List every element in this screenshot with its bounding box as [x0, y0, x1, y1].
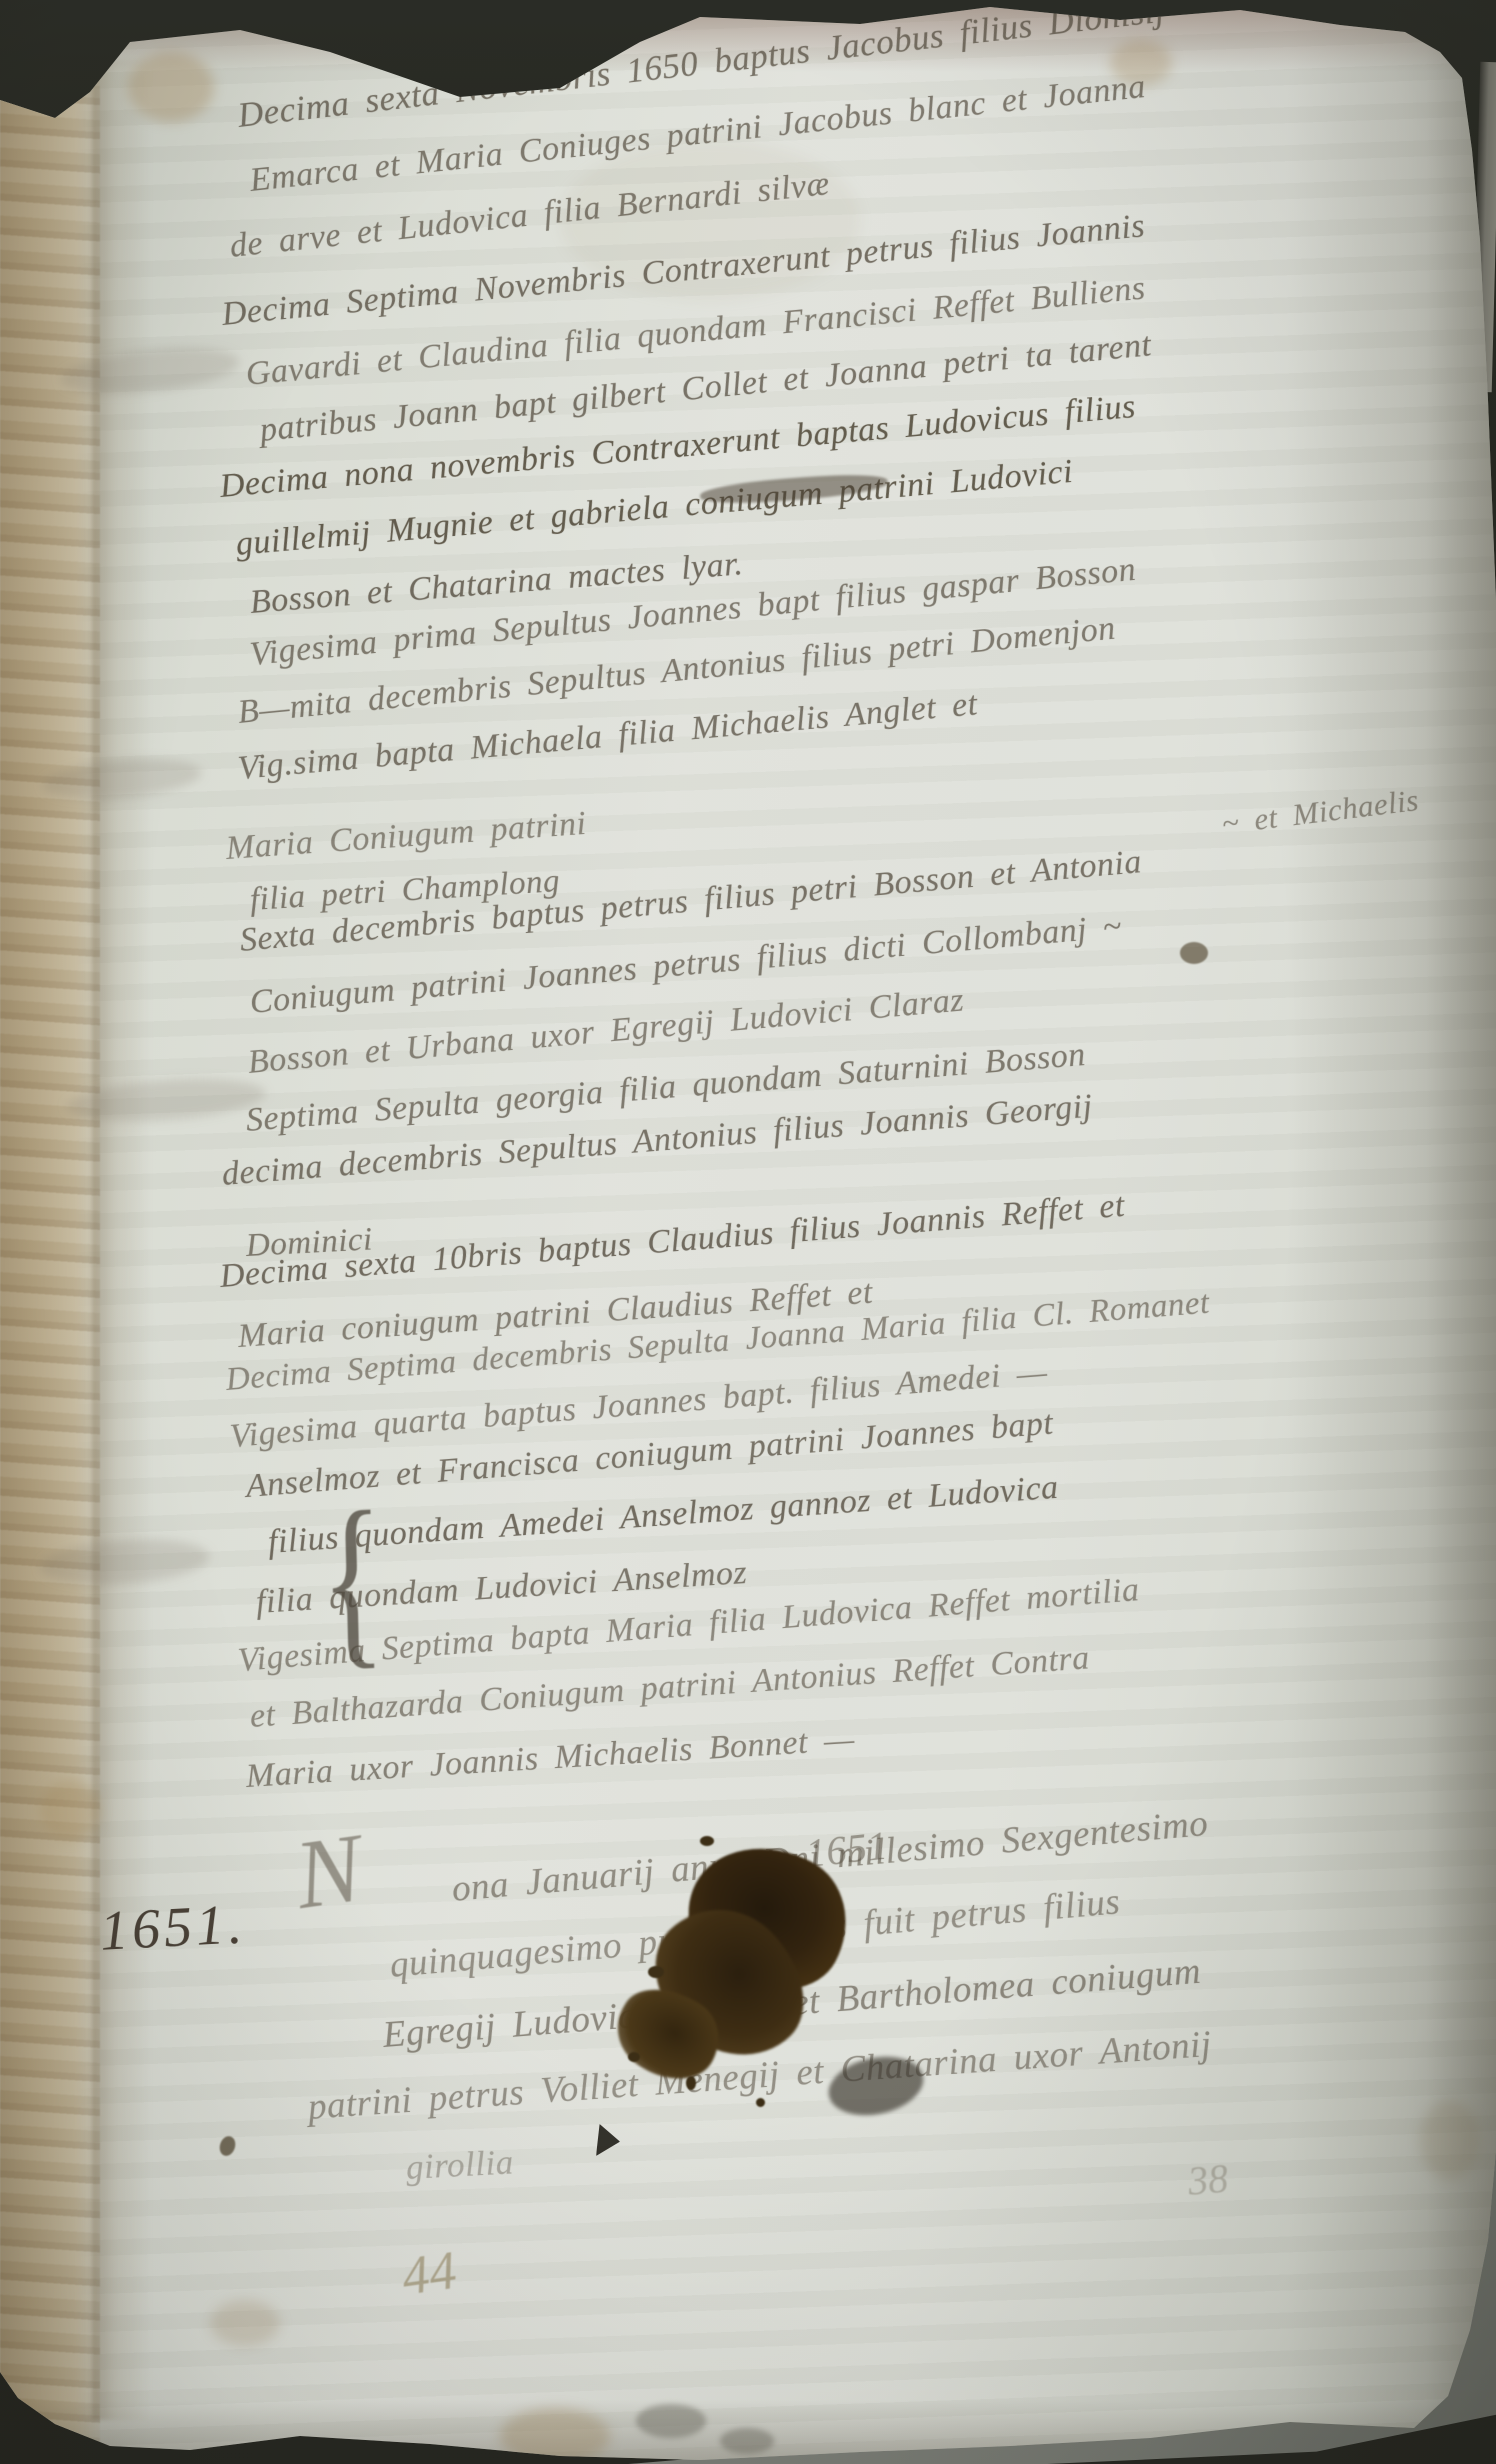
paper-stain [210, 2300, 280, 2346]
margin-brace-mark: { [318, 1466, 387, 1691]
manuscript-line: Maria uxor Joannis Michaelis Bonnet — [245, 1721, 856, 1796]
ink-speck [756, 2098, 765, 2107]
photo-background: Decima sexta Novembris 1650 baptus Jacob… [0, 0, 1496, 2464]
ink-triangle-speck [596, 2124, 620, 2156]
paper-stain [500, 2408, 610, 2464]
bottom-smudge [636, 2404, 706, 2438]
book-binding-edge [0, 30, 100, 2450]
ink-speck [648, 1966, 664, 1978]
bottom-smudge [720, 2428, 774, 2454]
paper-stain [1420, 2100, 1480, 2180]
manuscript-line: girollia [405, 2142, 515, 2188]
initial-flourish: N [289, 1812, 369, 1932]
manuscript-line: ~ et Michaelis [1220, 782, 1421, 842]
ink-speck [686, 2076, 696, 2090]
paper-stain [40, 1780, 100, 1840]
bottom-tan-mark: 44 [398, 2239, 460, 2308]
page-gutter-crease [92, 60, 152, 2420]
paper-stain [128, 52, 214, 122]
manuscript-page: Decima sexta Novembris 1650 baptus Jacob… [0, 0, 1496, 2464]
ink-speck [628, 2052, 640, 2062]
margin-year-note: 1651. [98, 1892, 247, 1964]
ink-speck [1180, 942, 1208, 964]
manuscript-line: Maria Coniugum patrini [225, 805, 588, 868]
ink-speck [700, 1836, 714, 1846]
bottom-right-faint-mark: 38 [1186, 2154, 1230, 2204]
ink-speck [217, 2134, 237, 2158]
